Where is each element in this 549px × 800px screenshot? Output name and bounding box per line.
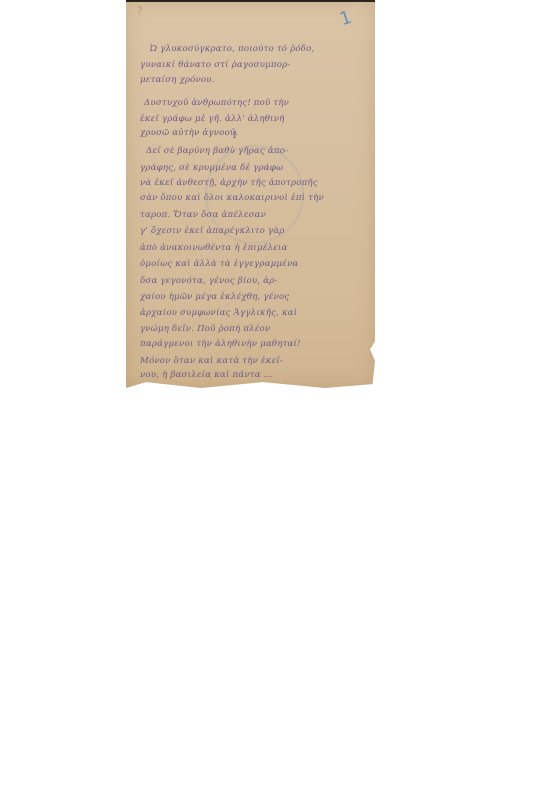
manuscript-line: ταροπ. Ὅταν ὅσα ἀπέλεσαν — [140, 210, 365, 220]
manuscript-line: χαίου ἡμῶν μέγα ἐκλέχθη, γένος — [140, 292, 365, 302]
manuscript-line: Δεῖ σὲ βαρύνη βαθὺ γῆρας ἀπο- — [146, 146, 371, 156]
manuscript-line: σὰν ὅπου καὶ ὅλοι καλοκαιρινοὶ ἐπὶ τὴν — [140, 193, 365, 203]
manuscript-line: Ὠ γλυκοσύγκρατο, ποιούτο τό ῥόδο, — [150, 44, 375, 54]
manuscript-line: ἀρχαίου συμφωνίας Ἀγγλικῆς, καὶ — [140, 308, 365, 318]
manuscript-line: νὰ ἐκεῖ ἀνθεστῇ, ἀρχὴν τῆς ἀποτροπῆς — [140, 178, 365, 188]
manuscript-line: Μόνον ὅταν καὶ κατὰ τὴν ἐκεῖ- — [140, 356, 365, 366]
manuscript-line: γνώμη δεῖν. Ποῦ ῥοπὴ πλέον — [140, 324, 365, 334]
scan-edge-line — [126, 0, 375, 2]
manuscript-line: ἀπὸ ἀνακοινωθέντα ἡ ἐπιμέλεια — [140, 243, 365, 253]
manuscript-line: ἐκεῖ γράφω μὲ γῆ. ἀλλ' ἀληθινή — [140, 114, 365, 124]
manuscript-line: χρυσῶ αὐτὴν ἀγνοοῦ. — [140, 128, 365, 138]
manuscript-line: παράγμενοι τὴν ἀληθινὴν μαθηταί! — [140, 339, 365, 349]
manuscript-line: ὁμοίως καὶ ἀλλὰ τὰ ἐγγεγραμμένα — [140, 259, 365, 269]
manuscript-line: νου, ἡ βασιλεία καὶ πάντα ... — [140, 370, 365, 380]
manuscript-line: ὅσα γεγονότα, γένος βίου, ἀρ- — [140, 276, 365, 286]
manuscript-line: γυναικί θάνατο στί ῥαγοσυμπορ- — [140, 60, 365, 70]
manuscript-line: μεταίση χρόνου. — [140, 75, 365, 85]
corner-mark: ? — [137, 6, 142, 17]
manuscript-line: γ' ὄχεσιν ἐκεῖ ἀπαρέγκλιτο γὰρ — [140, 226, 365, 236]
manuscript-line: Δυστυχοῦ ἀνθρωπότης! ποῦ τὴν — [144, 98, 369, 108]
manuscript-line: γράφης, σὲ κρυμμένα δὲ γράφω — [140, 163, 365, 173]
